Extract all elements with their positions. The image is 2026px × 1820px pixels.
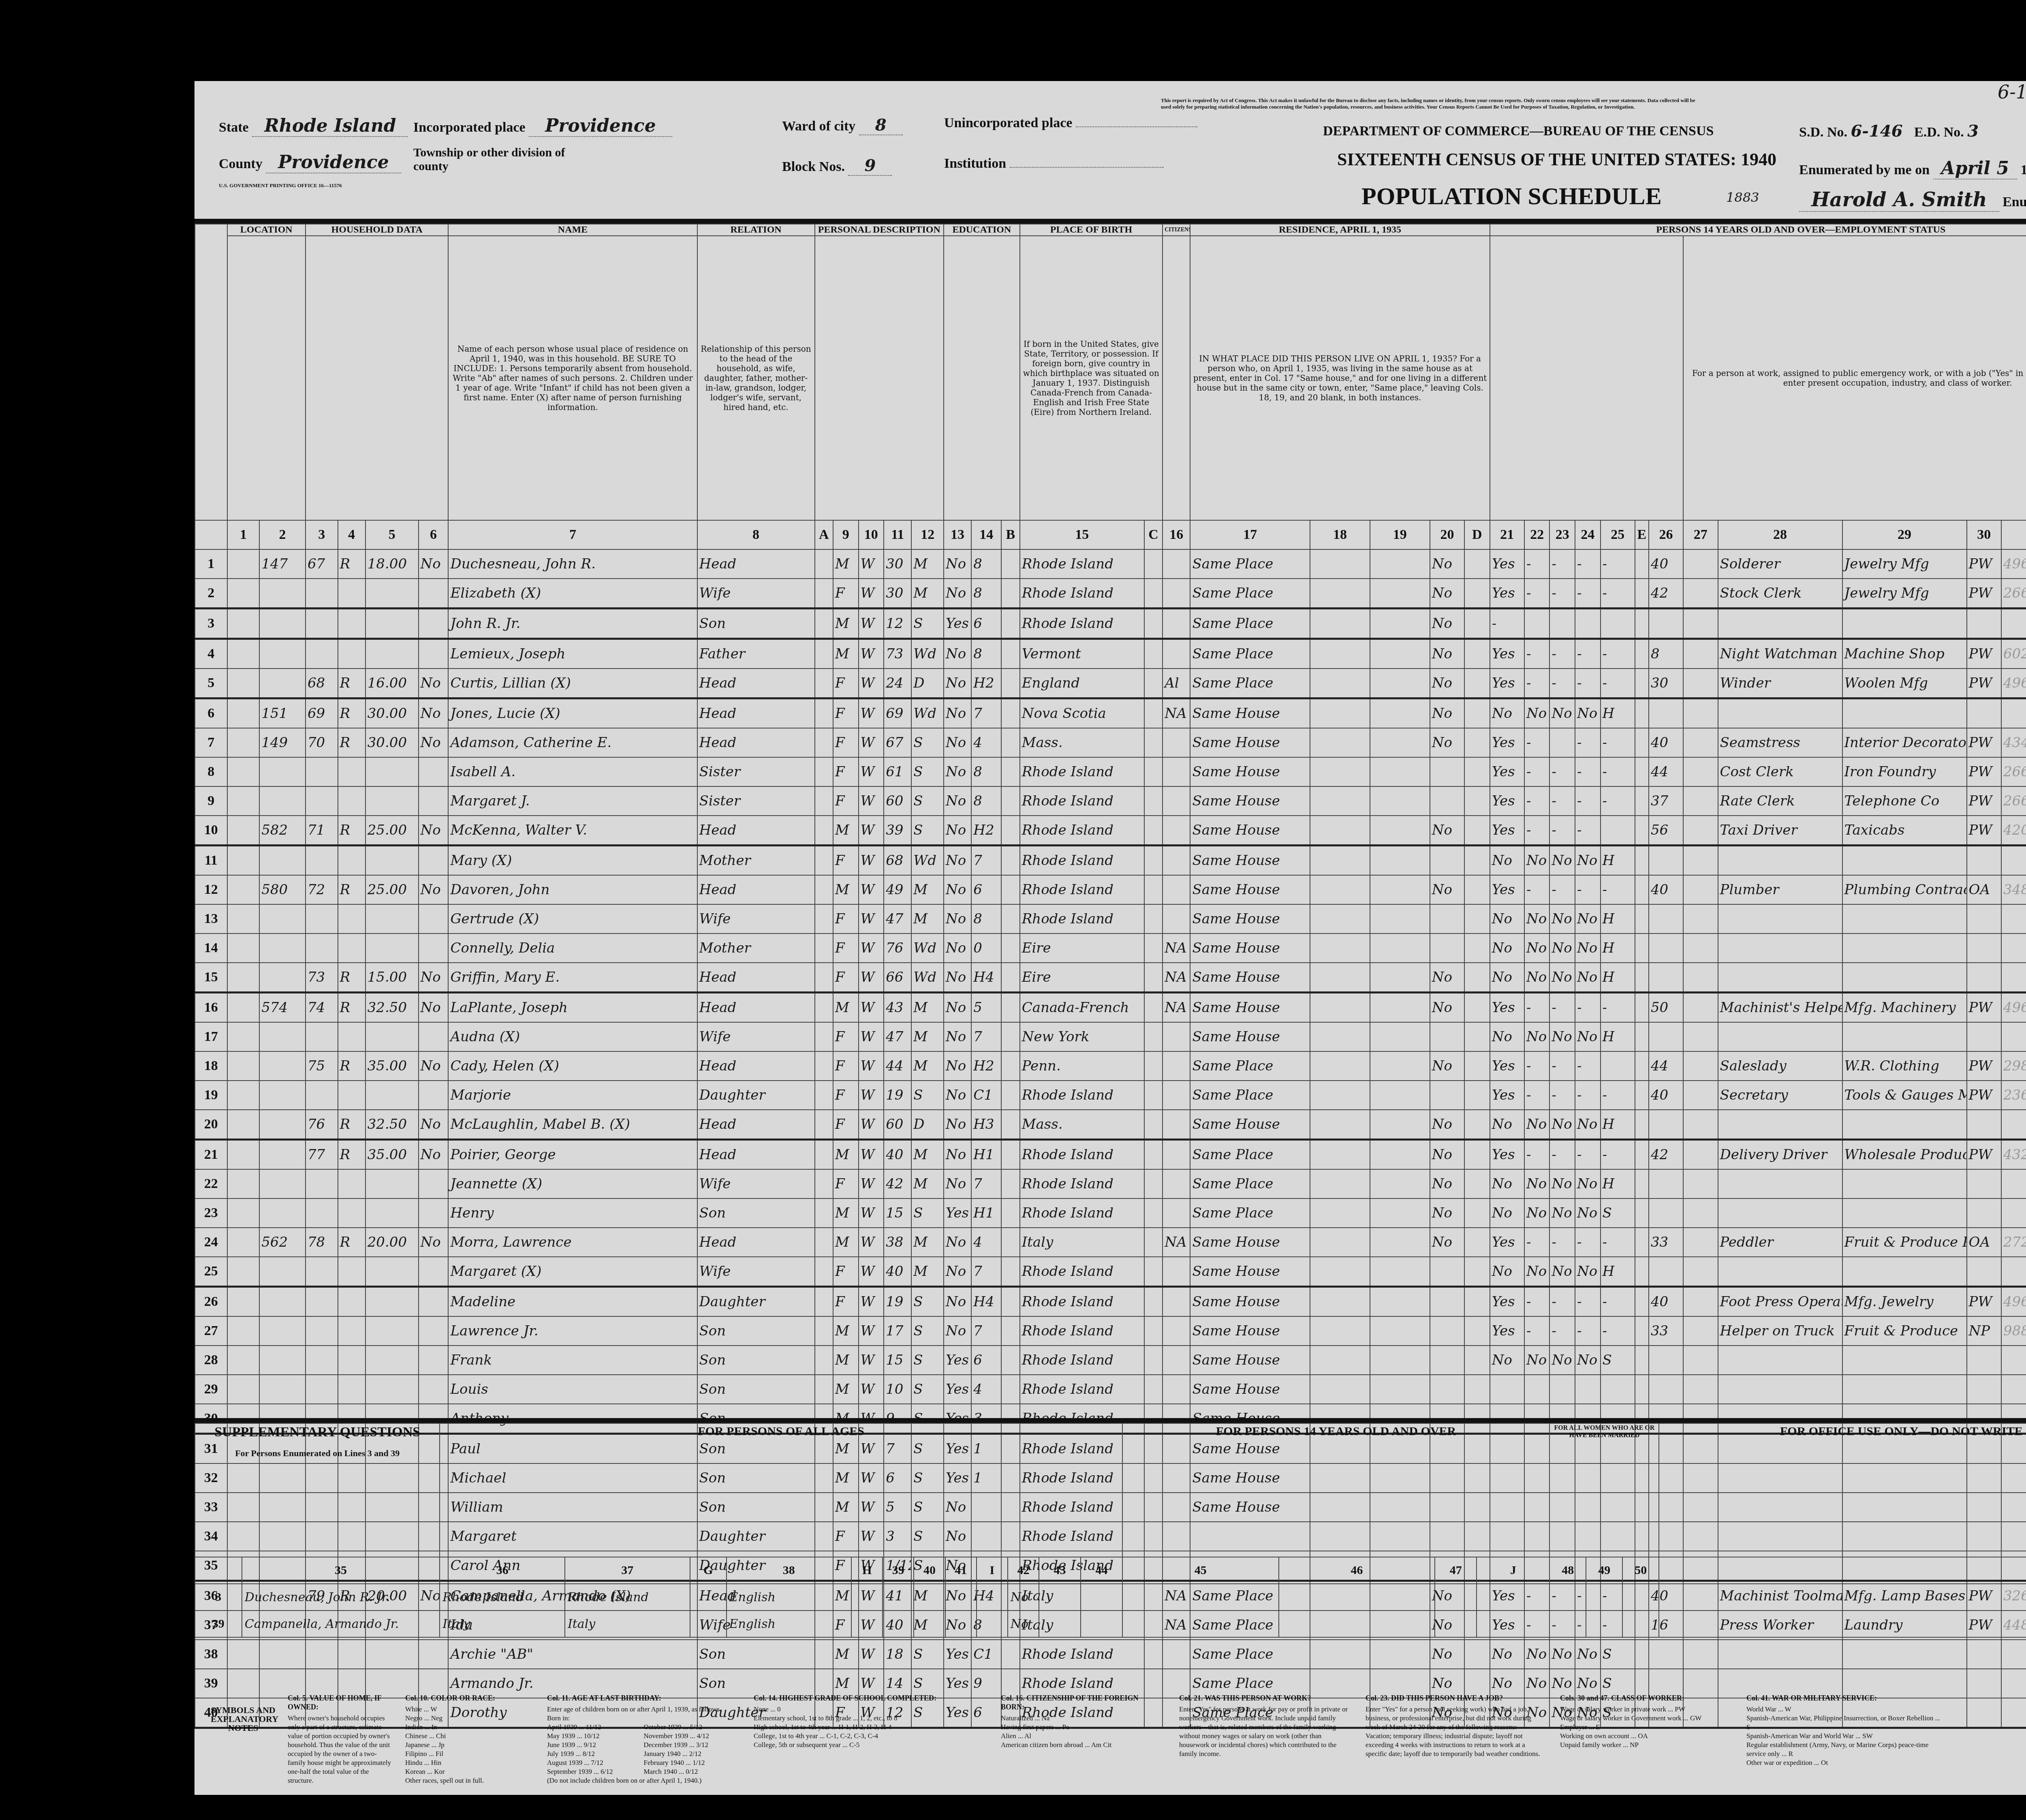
code-cell [2001, 846, 2026, 876]
school-cell: No [944, 1169, 971, 1198]
w25-cell: H [1601, 846, 1635, 876]
supp-father-cell: Rhode Island [440, 1584, 565, 1611]
blank-cell [1464, 1257, 1490, 1287]
w25-cell: - [1601, 579, 1635, 609]
marital-cell: S [911, 1287, 944, 1317]
occupation-cell: Night Watchman [1718, 639, 1842, 669]
blank-cell [815, 1287, 833, 1317]
occupation-cell [1718, 846, 1842, 876]
birthplace-cell: Mass. [1020, 728, 1144, 757]
relation-cell: Head [697, 1140, 815, 1170]
street-cell [227, 757, 260, 786]
name-cell: Mary (X) [448, 846, 697, 876]
farm-cell [419, 639, 449, 669]
blank-cell [1310, 549, 1370, 579]
cit-cell [1163, 846, 1190, 876]
person-row: 13Gertrude (X)WifeFW47MNo8Rhode IslandSa… [195, 904, 2026, 933]
marital-cell: S [911, 728, 944, 757]
value-cell: 15.00 [365, 963, 419, 993]
blank-cell [1001, 1169, 1020, 1198]
column-number: 26 [1649, 520, 1683, 549]
name-cell: Cady, Helen (X) [448, 1051, 697, 1081]
hours-cell: 44 [1649, 757, 1683, 786]
blank-cell [1635, 1316, 1649, 1346]
cit-cell [1163, 1257, 1190, 1287]
w25-cell: H [1601, 1110, 1635, 1140]
industry-cell [1842, 904, 1967, 933]
blank-cell [1310, 846, 1370, 876]
line-number: 2 [195, 579, 227, 609]
w24-cell: - [1575, 728, 1601, 757]
note-item: American citizen born abroad ... Am Cit [1001, 1741, 1163, 1750]
relation-cell: Head [697, 1110, 815, 1140]
note-item: Wage or salary worker in Government work… [1560, 1714, 1730, 1723]
weeks-unemp-cell [1683, 1198, 1718, 1228]
note-item: Elementary school, 1st to 8th grade ... … [754, 1714, 981, 1723]
blank-cell [1001, 609, 1020, 639]
house-cell [259, 579, 306, 609]
column-number: E [1635, 520, 1649, 549]
printing-office: U.S. GOVERNMENT PRINTING OFFICE 16—11576 [219, 182, 342, 189]
race-cell: W [859, 1346, 884, 1375]
column-number: 14 [971, 520, 1001, 549]
grade-cell: 7 [971, 1022, 1001, 1051]
blank-cell [1464, 699, 1490, 728]
w24-cell: No [1575, 1110, 1601, 1140]
supp-line-cell: 39 [195, 1611, 242, 1637]
blank-cell [1310, 786, 1370, 816]
blank-cell [1001, 993, 1020, 1023]
person-row: 11Mary (X)MotherFW68WdNo7Rhode IslandSam… [195, 846, 2026, 876]
blank-cell [1001, 1198, 1020, 1228]
blank-cell [1001, 1051, 1020, 1081]
note-item: Spanish-American War and World War ... S… [1746, 1732, 1941, 1741]
enumerator-note: 1883 [1726, 190, 1759, 205]
industry-cell: Plumbing Contractor [1842, 875, 1967, 904]
code-cell [2001, 1198, 2026, 1228]
column-number: A [815, 520, 833, 549]
w25-cell: H [1601, 1169, 1635, 1198]
census-title: SIXTEENTH CENSUS OF THE UNITED STATES: 1… [1337, 149, 1776, 170]
line-number: 28 [195, 1346, 227, 1375]
grade-cell: 7 [971, 846, 1001, 876]
note-col30: Cols. 30 and 47. CLASS OF WORKER:Wage or… [1560, 1694, 1730, 1750]
line-number: 17 [195, 1022, 227, 1051]
weeks-unemp-cell [1683, 728, 1718, 757]
column-number: 4 [338, 520, 365, 549]
weeks-unemp-cell [1683, 1051, 1718, 1081]
age-cell: 61 [884, 757, 911, 786]
industry-cell [1842, 1257, 1967, 1287]
grade-cell: 8 [971, 639, 1001, 669]
code-cell [2001, 1110, 2026, 1140]
line-number: 16 [195, 993, 227, 1023]
blank-cell [1310, 728, 1370, 757]
hh-cell [306, 1640, 338, 1669]
value-cell [365, 1375, 419, 1404]
r20-cell [1430, 1022, 1464, 1051]
school-cell: No [944, 757, 971, 786]
res-cell: Same House [1190, 933, 1310, 963]
blank-cell [815, 1081, 833, 1110]
marital-cell: S [911, 1081, 944, 1110]
birthplace-cell: Rhode Island [1020, 1640, 1144, 1669]
hours-cell [1649, 1346, 1683, 1375]
blank-cell [1635, 639, 1649, 669]
column-number: D [1464, 520, 1490, 549]
w25-cell: - [1601, 728, 1635, 757]
blank-cell [1001, 1228, 1020, 1257]
blank-cell [1310, 816, 1370, 846]
school-cell: No [944, 1022, 971, 1051]
industry-cell: Mfg. Jewelry [1842, 1287, 1967, 1317]
sex-cell: F [833, 728, 859, 757]
person-row: 22Jeannette (X)WifeFW42MNo7Rhode IslandS… [195, 1169, 2026, 1198]
person-row: 8Isabell A.SisterFW61SNo8Rhode IslandSam… [195, 757, 2026, 786]
hours-cell: 42 [1649, 1140, 1683, 1170]
enumerator-field: Harold A. Smith Enumerator. [1799, 188, 2026, 211]
enumerated-date-field: Enumerated by me on April 5 1940. [1799, 158, 2026, 179]
w22-cell: No [1524, 1198, 1550, 1228]
street-cell [227, 1257, 260, 1287]
res-cell: Same House [1190, 786, 1310, 816]
school-cell: No [944, 1316, 971, 1346]
w21-cell: Yes [1490, 669, 1524, 699]
w22-cell: No [1524, 1169, 1550, 1198]
blank-cell [1370, 846, 1430, 876]
race-cell: W [859, 1051, 884, 1081]
farm-cell: No [419, 1051, 449, 1081]
column-number: 18 [1310, 520, 1370, 549]
code-cell: 496 32 1 [2001, 1287, 2026, 1317]
w22-cell: No [1524, 1346, 1550, 1375]
blank-cell [815, 963, 833, 993]
age-cell: 18 [884, 1640, 911, 1669]
enumerator-signature: Harold A. Smith [1799, 188, 1999, 212]
r20-cell: No [1430, 875, 1464, 904]
supp-ss-cell: No [1008, 1611, 1039, 1637]
column-number-row: 12345678A91011121314B15C1617181920D21222… [195, 520, 2026, 549]
cit-cell [1163, 579, 1190, 609]
house-cell [259, 1287, 306, 1317]
marital-cell: M [911, 1140, 944, 1170]
res-cell: Same Place [1190, 1640, 1310, 1669]
w23-cell: - [1549, 1051, 1575, 1081]
note-item: Hindu ... Hin [405, 1758, 535, 1767]
w23-cell: - [1549, 1228, 1575, 1257]
tenure-cell [338, 933, 365, 963]
race-cell: W [859, 1287, 884, 1317]
tenure-cell: R [338, 816, 365, 846]
code-cell: 266 55 1 [2001, 786, 2026, 816]
res-cell: Same Place [1190, 609, 1310, 639]
all-ages-header: FOR PERSONS OF ALL AGES [440, 1423, 1122, 1557]
relation-cell: Son [697, 1316, 815, 1346]
race-cell: W [859, 1228, 884, 1257]
age-cell: 19 [884, 1081, 911, 1110]
industry-cell [1842, 1346, 1967, 1375]
street-cell [227, 549, 260, 579]
house-cell [259, 609, 306, 639]
cit-cell [1163, 639, 1190, 669]
hours-cell [1649, 933, 1683, 963]
w22-cell: - [1524, 1316, 1550, 1346]
w22-cell: - [1524, 728, 1550, 757]
hours-cell [1649, 609, 1683, 639]
w25-cell: - [1601, 993, 1635, 1023]
w24-cell: - [1575, 816, 1601, 846]
age-cell: 10 [884, 1375, 911, 1404]
weeks-unemp-cell [1683, 786, 1718, 816]
w24-cell: No [1575, 904, 1601, 933]
house-cell [259, 1110, 306, 1140]
cit-cell: NA [1163, 1228, 1190, 1257]
state-field: State Rhode Island [219, 115, 408, 136]
w22-cell [1524, 609, 1550, 639]
w22-cell: - [1524, 549, 1550, 579]
race-cell: W [859, 669, 884, 699]
cit-cell [1163, 1198, 1190, 1228]
farm-cell [419, 609, 449, 639]
w25-cell: H [1601, 933, 1635, 963]
w23-cell: - [1549, 993, 1575, 1023]
blank-cell [1310, 993, 1370, 1023]
w23-cell [1549, 609, 1575, 639]
code-cell [2001, 1257, 2026, 1287]
res-cell: Same Place [1190, 669, 1310, 699]
r20-cell [1430, 1375, 1464, 1404]
street-cell [227, 1640, 260, 1669]
hh-cell: 70 [306, 728, 338, 757]
weeks-unemp-cell [1683, 904, 1718, 933]
name-cell: Davoren, John [448, 875, 697, 904]
line-number: 29 [195, 1375, 227, 1404]
cls-cell: PW [1967, 1051, 2001, 1081]
race-cell: W [859, 1198, 884, 1228]
cit-cell [1163, 1140, 1190, 1170]
w22-cell: No [1524, 846, 1550, 876]
street-cell [227, 639, 260, 669]
value-cell: 20.00 [365, 1228, 419, 1257]
relation-cell: Wife [697, 579, 815, 609]
r20-cell: No [1430, 549, 1464, 579]
line-number: 27 [195, 1316, 227, 1346]
hours-cell: 8 [1649, 639, 1683, 669]
street-cell [227, 786, 260, 816]
age-cell: 60 [884, 1110, 911, 1140]
name-cell: Elizabeth (X) [448, 579, 697, 609]
blank-cell [1310, 699, 1370, 728]
school-cell: No [944, 875, 971, 904]
blank-cell [1001, 1257, 1020, 1287]
r20-cell: No [1430, 963, 1464, 993]
relation-cell: Wife [697, 1022, 815, 1051]
note-item: Negro ... Neg [405, 1714, 535, 1723]
blank-cell [1144, 579, 1163, 609]
race-cell: W [859, 639, 884, 669]
w21-cell: Yes [1490, 1228, 1524, 1257]
line-number: 18 [195, 1051, 227, 1081]
blank-cell [1370, 904, 1430, 933]
w24-cell: No [1575, 1346, 1601, 1375]
value-cell: 32.50 [365, 993, 419, 1023]
sex-cell: F [833, 757, 859, 786]
house-cell [259, 1257, 306, 1287]
cls-cell: NP [1967, 1316, 2001, 1346]
blank-cell [1370, 549, 1430, 579]
blank-cell [1370, 1640, 1430, 1669]
occupation-cell [1718, 1169, 1842, 1198]
w25-cell: - [1601, 757, 1635, 786]
age-cell: 76 [884, 933, 911, 963]
block-value: 9 [848, 156, 892, 176]
supplementary-row: 3Duchesneau, John R. Jr.Rhode IslandRhod… [195, 1584, 2026, 1611]
occupation-cell [1718, 699, 1842, 728]
house-cell [259, 1375, 306, 1404]
name-cell: Margaret (X) [448, 1257, 697, 1287]
industry-cell [1842, 1375, 1967, 1404]
res-cell: Same Place [1190, 1140, 1310, 1170]
group-household: HOUSEHOLD DATA [306, 224, 449, 236]
blank-cell [1635, 728, 1649, 757]
grade-cell: H2 [971, 669, 1001, 699]
cit-cell [1163, 1051, 1190, 1081]
note-item: November 1939 ... 4/12 [644, 1732, 734, 1741]
birthplace-cell: Rhode Island [1020, 1375, 1144, 1404]
r20-cell: No [1430, 1110, 1464, 1140]
hh-cell: 69 [306, 699, 338, 728]
w23-cell: No [1549, 904, 1575, 933]
blank-cell [1310, 1287, 1370, 1317]
hours-cell [1649, 1110, 1683, 1140]
age-cell: 24 [884, 669, 911, 699]
code-cell [2001, 1375, 2026, 1404]
w22-cell: - [1524, 1140, 1550, 1170]
occupation-cell: Winder [1718, 669, 1842, 699]
age-cell: 66 [884, 963, 911, 993]
birthplace-cell: Rhode Island [1020, 816, 1144, 846]
name-cell: McKenna, Walter V. [448, 816, 697, 846]
name-cell: Duchesneau, John R. [448, 549, 697, 579]
blank-cell [1635, 1228, 1649, 1257]
blank-cell [1310, 757, 1370, 786]
w23-cell: No [1549, 1346, 1575, 1375]
tenure-cell: R [338, 993, 365, 1023]
cls-cell: OA [1967, 875, 2001, 904]
sd-annotation: 6-146 [1998, 81, 2026, 103]
industry-cell: Machine Shop [1842, 639, 1967, 669]
birthplace-cell: Nova Scotia [1020, 699, 1144, 728]
industry-cell [1842, 609, 1967, 639]
weeks-unemp-cell [1683, 1375, 1718, 1404]
school-cell: No [944, 1287, 971, 1317]
sex-cell: M [833, 1140, 859, 1170]
blank-cell [1144, 1228, 1163, 1257]
street-cell [227, 1316, 260, 1346]
w21-cell: Yes [1490, 1051, 1524, 1081]
w24-cell: - [1575, 669, 1601, 699]
occupation-cell: Rate Clerk [1718, 786, 1842, 816]
relation-cell: Father [697, 639, 815, 669]
w21-cell: Yes [1490, 993, 1524, 1023]
w22-cell: No [1524, 904, 1550, 933]
relation-cell: Mother [697, 933, 815, 963]
cls-cell [1967, 846, 2001, 876]
hours-cell [1649, 699, 1683, 728]
hh-cell [306, 1257, 338, 1287]
relation-cell: Son [697, 1198, 815, 1228]
industry-cell: Iron Foundry [1842, 757, 1967, 786]
blank-cell [1310, 1198, 1370, 1228]
cit-cell [1163, 609, 1190, 639]
blank-cell [1001, 728, 1020, 757]
tenure-cell: R [338, 1140, 365, 1170]
relation-cell: Son [697, 1346, 815, 1375]
birthplace-cell: England [1020, 669, 1144, 699]
blank-cell [1464, 1640, 1490, 1669]
hh-cell: 68 [306, 669, 338, 699]
line-number: 7 [195, 728, 227, 757]
industry-cell [1842, 1198, 1967, 1228]
value-cell [365, 786, 419, 816]
industry-cell [1842, 699, 1967, 728]
hours-cell: 50 [1649, 993, 1683, 1023]
blank-cell [1370, 1022, 1430, 1051]
marital-cell: M [911, 904, 944, 933]
occupation-cell: Saleslady [1718, 1051, 1842, 1081]
blank-cell [1464, 1022, 1490, 1051]
cit-cell: NA [1163, 699, 1190, 728]
r20-cell [1430, 1316, 1464, 1346]
relation-cell: Daughter [697, 1287, 815, 1317]
r20-cell [1430, 933, 1464, 963]
blank-cell [1144, 786, 1163, 816]
line-number: 1 [195, 549, 227, 579]
blank-cell [1310, 1346, 1370, 1375]
line-number: 22 [195, 1169, 227, 1198]
w25-cell: H [1601, 699, 1635, 728]
school-cell: Yes [944, 1346, 971, 1375]
birthplace-cell: Rhode Island [1020, 786, 1144, 816]
occupation-cell: Peddler [1718, 1228, 1842, 1257]
grade-cell: H3 [971, 1110, 1001, 1140]
school-cell: No [944, 699, 971, 728]
sex-cell: M [833, 1375, 859, 1404]
code-cell [2001, 1346, 2026, 1375]
tenure-cell [338, 1198, 365, 1228]
blank-cell [1635, 757, 1649, 786]
tenure-cell [338, 1346, 365, 1375]
res-cell: Same House [1190, 1346, 1310, 1375]
house-cell: 151 [259, 699, 306, 728]
blank-cell [1635, 1198, 1649, 1228]
blank-cell [815, 1257, 833, 1287]
column-number: 12 [911, 520, 944, 549]
blank-cell [1370, 1051, 1430, 1081]
marital-cell: M [911, 1051, 944, 1081]
school-cell: No [944, 639, 971, 669]
sex-cell: F [833, 963, 859, 993]
birthplace-cell: Eire [1020, 933, 1144, 963]
column-number: 20 [1430, 520, 1464, 549]
group-personal: PERSONAL DESCRIPTION [815, 224, 944, 236]
hours-cell: 30 [1649, 669, 1683, 699]
column-number: 25 [1601, 520, 1635, 549]
grade-cell: 4 [971, 1228, 1001, 1257]
blank-cell [1144, 1110, 1163, 1140]
line-number: 15 [195, 963, 227, 993]
w21-cell: Yes [1490, 1316, 1524, 1346]
